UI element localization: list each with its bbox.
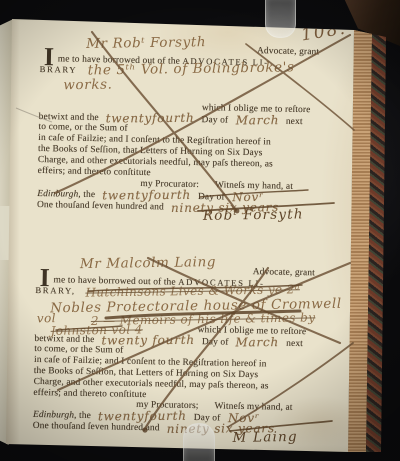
book-page: 108. Mr Robᵗ Forsyth Advocate, grant I m… [0,0,400,461]
form2-brary: brary, [35,285,76,297]
form1-return-month: March [235,116,279,125]
cradle-tab-top [265,0,296,38]
form2-effeirs: effeirs; and thereto conſtitute [33,388,146,401]
form1-book-entry: the 5ᵗʰ Vol. of Bolingbroke's [88,59,295,78]
form1-brary: brary [40,64,78,76]
form2-signed-day: twentyfourth [98,412,187,422]
form2-borrower-name: Mr Malcolm Laing [80,254,216,272]
form1-book-entry-2: works. [63,77,112,94]
form1-signature: Robᵗ Forsyth [203,206,304,224]
book-photo: 108. Mr Robᵗ Forsyth Advocate, grant I m… [0,0,400,461]
form1-return-day: twentyfourth [106,114,195,124]
form2-signature: M Laing [232,429,297,446]
form1-borrower-name: Mr Robᵗ Forsyth [86,34,206,52]
form2-return-day: twenty fourth [101,336,194,346]
form1-effeirs: effeirs; and thereto conſtitute [38,166,151,179]
form1-signed-day: twentyfourth [102,191,191,201]
page-text: Mr Robᵗ Forsyth Advocate, grant I me to … [0,0,400,461]
form2-return-month: March [236,338,280,347]
cradle-tab-bottom [183,423,215,461]
